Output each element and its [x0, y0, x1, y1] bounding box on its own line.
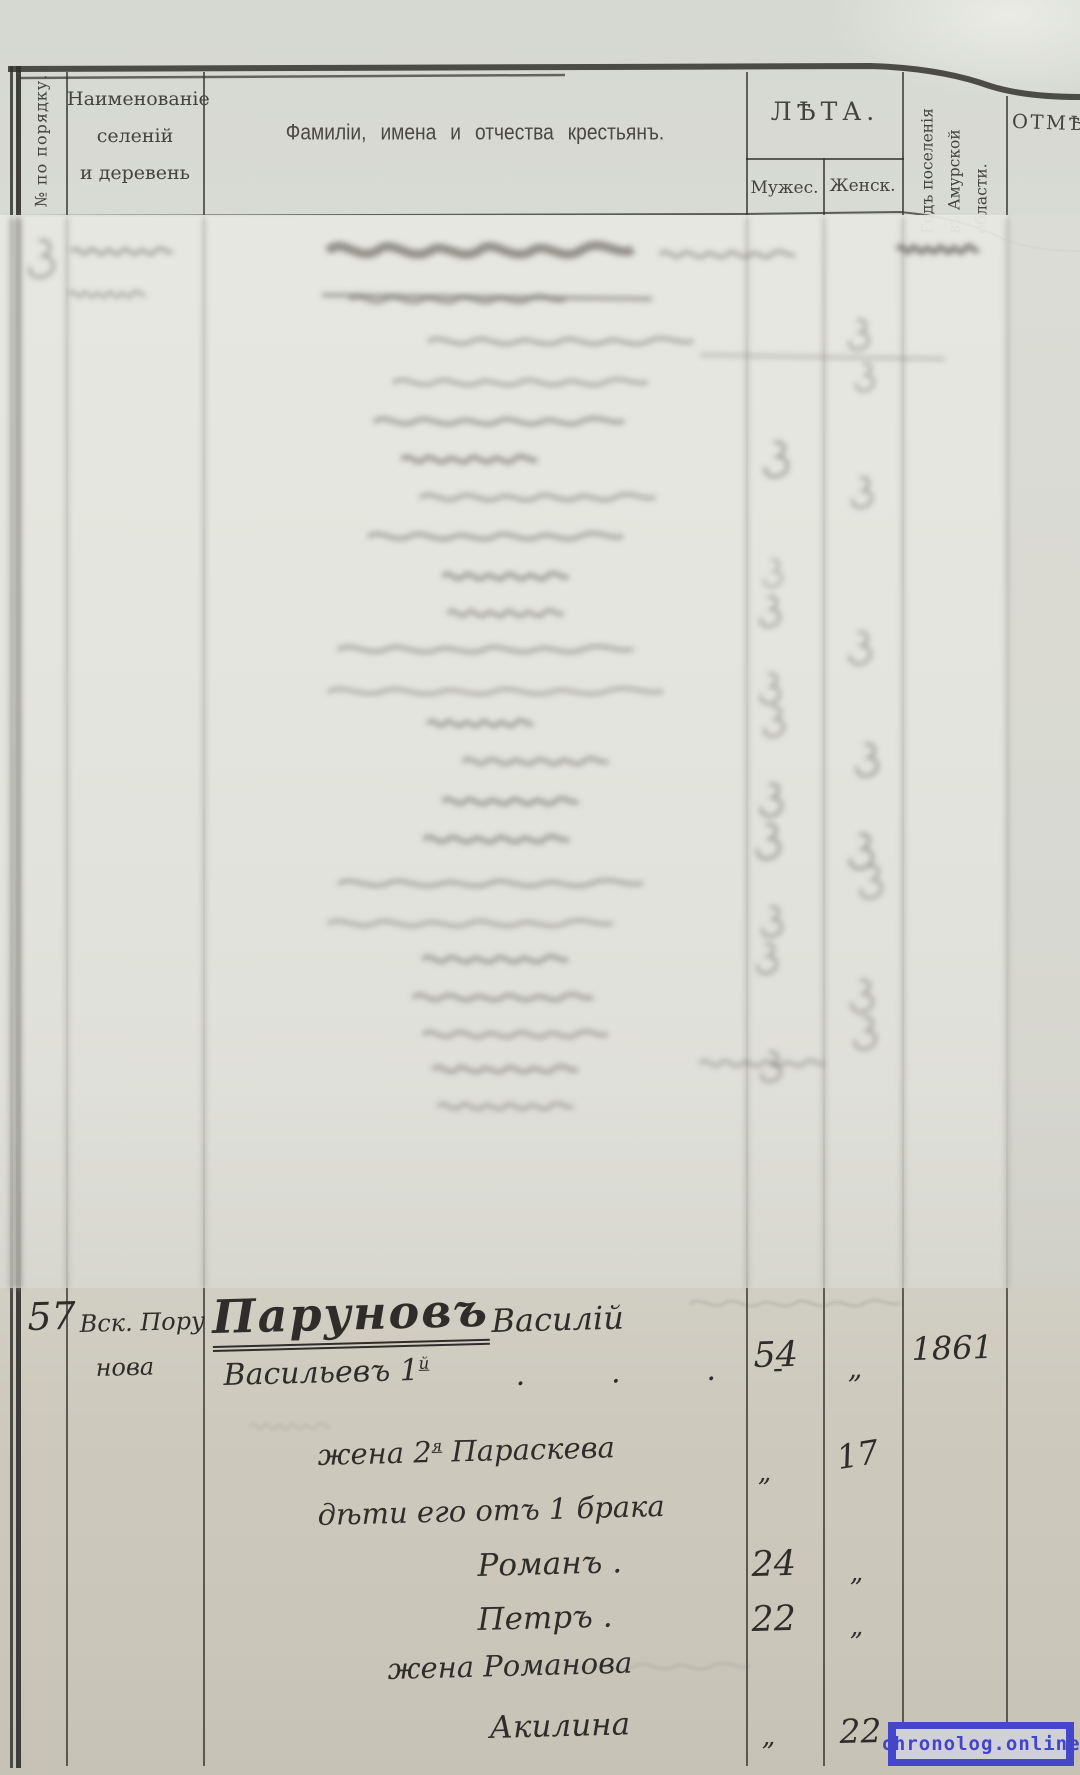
illegible-stroke	[764, 560, 781, 587]
illegible-stroke	[428, 720, 533, 726]
illegible-stroke	[700, 1060, 825, 1066]
illegible-stroke	[338, 880, 643, 886]
age-female-son1-ditto: „	[849, 1558, 863, 1588]
illegible-stroke	[852, 980, 873, 1012]
entry-wife2-name: Акилина	[489, 1706, 630, 1746]
illegible-stroke	[850, 320, 869, 349]
illegible-stroke	[420, 494, 655, 500]
illegible-stroke	[368, 533, 623, 539]
illegible-stroke	[443, 573, 568, 579]
illegible-stroke	[443, 798, 578, 804]
blurred-column-line	[203, 218, 205, 1288]
illegible-stroke	[855, 1017, 876, 1049]
illegible-stroke	[428, 338, 693, 344]
illegible-stroke	[856, 364, 873, 391]
age-male-wife2-ditto: „	[761, 1722, 775, 1752]
blurred-column-line	[10, 218, 13, 1288]
illegible-stroke	[763, 907, 782, 936]
illegible-stroke	[448, 610, 563, 616]
wife-text: жена 2	[317, 1435, 432, 1472]
illegible-stroke	[328, 688, 663, 694]
blurred-column-line	[746, 218, 748, 1288]
age-male-son1: 24	[751, 1544, 797, 1585]
illegible-stroke	[463, 758, 608, 764]
entry-number: 57	[27, 1294, 76, 1339]
entry-son2: Петръ .	[477, 1598, 613, 1638]
illegible-stroke	[898, 246, 978, 252]
wife-superscript: я	[431, 1436, 442, 1455]
illegible-stroke	[765, 442, 787, 476]
illegible-stroke	[757, 824, 779, 858]
illegible-stroke	[423, 1031, 608, 1037]
leader-dots: . . . -	[515, 1351, 783, 1393]
blurred-column-line	[823, 218, 825, 1288]
illegible-stroke	[328, 245, 633, 254]
illegible-stroke	[70, 291, 145, 297]
illegible-stroke	[393, 379, 648, 385]
age-female-son2-ditto: „	[849, 1612, 863, 1642]
illegible-stroke	[850, 834, 872, 868]
illegible-stroke	[761, 674, 780, 703]
illegible-stroke	[660, 251, 795, 257]
illegible-stroke	[861, 866, 882, 898]
illegible-stroke	[761, 597, 780, 626]
blurred-column-line	[66, 218, 68, 1288]
scanned-register-page: № по порядку. Наименованіе селеній и дер…	[0, 0, 1080, 1775]
age-female-head-ditto: „	[847, 1352, 862, 1385]
illegible-stroke	[433, 1066, 578, 1072]
illegible-stroke	[700, 355, 945, 359]
illegible-stroke	[72, 248, 172, 254]
illegible-stroke	[850, 632, 871, 664]
entry-son1: Романъ .	[477, 1544, 622, 1584]
age-female-wife2: 22	[839, 1711, 882, 1751]
watermark-badge: chronolog.online	[888, 1722, 1074, 1766]
entry-village-line2: нова	[95, 1352, 154, 1382]
blurred-column-line	[902, 218, 904, 1288]
illegible-stroke	[853, 478, 872, 507]
illegible-stroke	[413, 994, 593, 1000]
illegible-stroke	[338, 646, 633, 652]
blurred-column-line	[1006, 218, 1008, 1288]
settle-year: 1861	[911, 1328, 993, 1368]
illegible-stroke	[328, 920, 613, 926]
illegible-stroke	[250, 1423, 330, 1429]
wife-name: Параскева	[442, 1430, 615, 1469]
illegible-stroke	[690, 1300, 900, 1306]
illegible-stroke	[30, 241, 54, 278]
illegible-stroke	[423, 956, 568, 962]
watermark-label: chronolog.online	[896, 1729, 1066, 1759]
illegible-stroke	[402, 456, 537, 462]
age-male-son2: 22	[751, 1599, 797, 1640]
entry-village-line1: Вск. Пору	[79, 1307, 205, 1338]
entry-wife2-line: жена Романова	[387, 1646, 633, 1686]
illegible-stroke	[857, 744, 878, 776]
entry-first-name: Василій	[491, 1299, 624, 1340]
illegible-stroke	[424, 836, 569, 842]
patronymic-text: Васильевъ 1	[223, 1353, 419, 1393]
age-male-wife-ditto: „	[757, 1458, 771, 1488]
entry-patronymic: Васильевъ 1й	[223, 1353, 430, 1393]
illegible-stroke	[765, 707, 784, 736]
age-male-head: 54	[753, 1335, 799, 1376]
age-female-wife: 17	[834, 1432, 882, 1477]
illegible-stroke	[758, 944, 777, 973]
illegible-stroke	[761, 784, 782, 816]
blurred-column-line	[16, 218, 21, 1288]
entry-surname: Паруновъ	[211, 1283, 489, 1352]
illegible-stroke	[438, 1103, 573, 1109]
illegible-stroke	[374, 418, 624, 424]
patronymic-superscript: й	[418, 1354, 429, 1373]
